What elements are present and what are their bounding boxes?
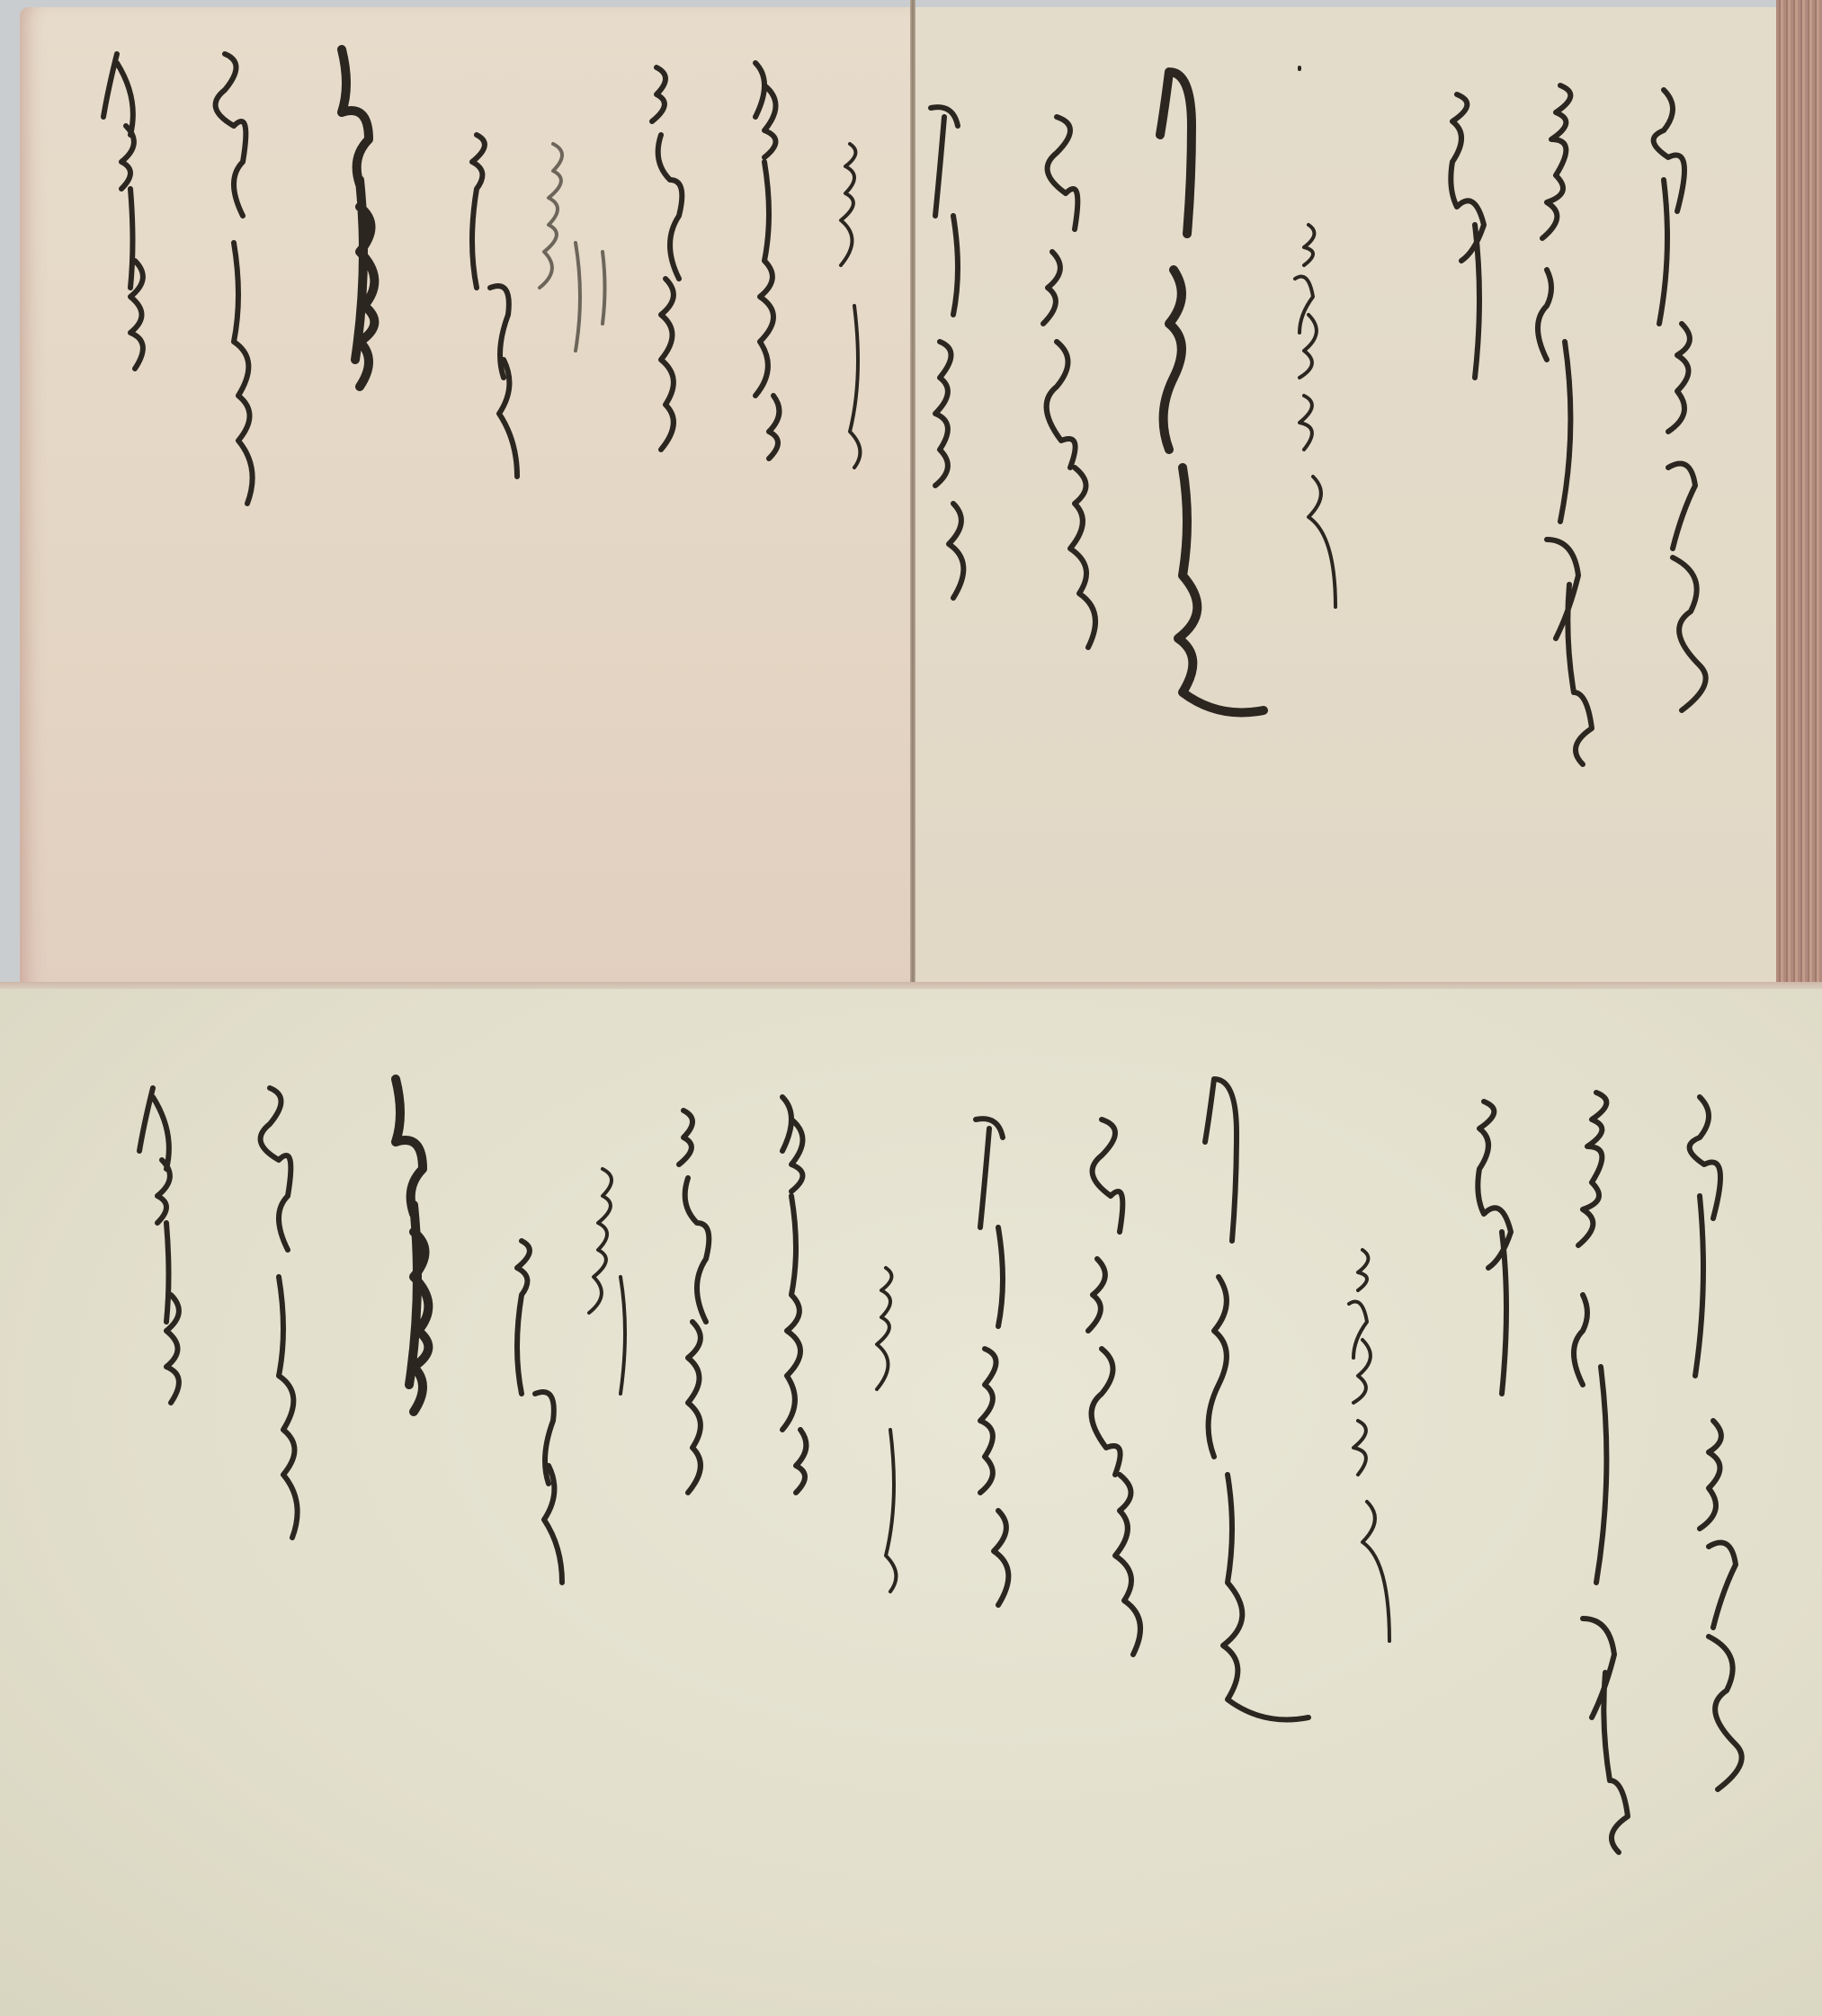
copy-column-15	[139, 1088, 179, 1403]
copy-column-9	[782, 1097, 806, 1493]
copy-column-12	[517, 1241, 562, 1583]
right-page-column-1	[1654, 90, 1706, 710]
left-page-column-1	[841, 144, 860, 468]
copy-column-2	[1574, 1093, 1628, 1852]
left-page-column-5	[472, 135, 517, 477]
right-page-column-2	[1538, 85, 1592, 764]
copy-column-3	[1478, 1102, 1511, 1394]
left-page-column-3	[652, 67, 682, 450]
copy-column-6	[1088, 1120, 1140, 1655]
copy-column-8	[877, 1268, 896, 1592]
right-page-column-5	[1160, 72, 1264, 713]
original-calligraphy	[0, 0, 1822, 989]
left-page-column-8	[103, 54, 143, 369]
right-page-column-7	[931, 107, 963, 598]
copy-column-4	[1349, 1250, 1389, 1641]
copy-column-5	[1205, 1079, 1308, 1720]
original-book-spread: Original (book spread)	[0, 0, 1822, 989]
copy-column-10	[679, 1111, 709, 1493]
left-page-column-7	[216, 54, 253, 504]
copy-column-1	[1690, 1097, 1742, 1789]
left-page-column-6	[342, 49, 374, 387]
right-page-column-6	[1043, 117, 1095, 647]
copy-column-14	[261, 1088, 298, 1538]
copy-column-7	[976, 1119, 1008, 1605]
copy-column-13	[396, 1079, 428, 1412]
copy-sheet: Copy (practice sheet)	[0, 989, 1822, 2016]
copy-column-11	[589, 1169, 625, 1394]
copy-calligraphy	[0, 989, 1822, 2016]
left-page-column-2	[755, 63, 779, 459]
right-page-column-4	[1295, 67, 1335, 607]
right-page-column-3	[1451, 94, 1484, 378]
left-page-column-4	[540, 144, 605, 351]
